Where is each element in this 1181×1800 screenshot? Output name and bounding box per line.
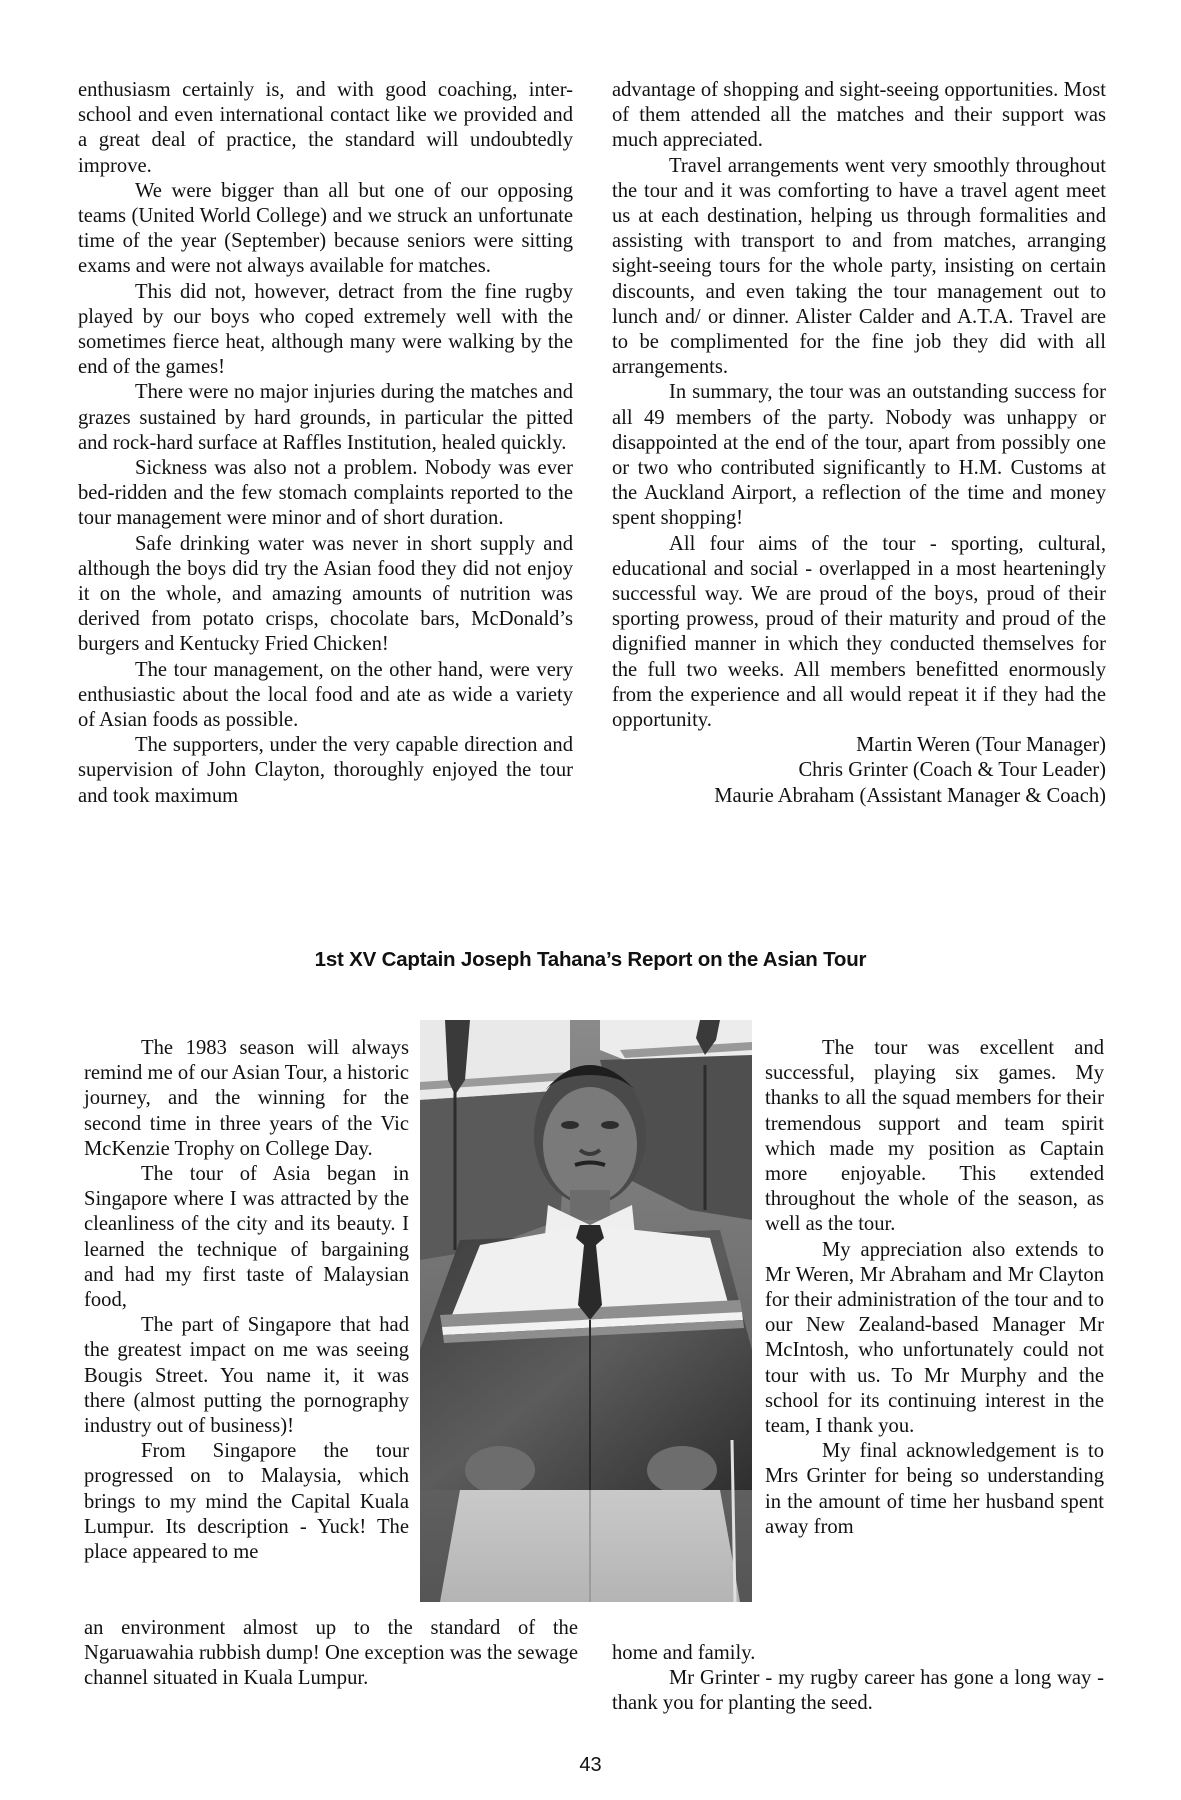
signature-coach: Chris Grinter (Coach & Tour Leader) (612, 758, 1106, 783)
paragraph: In summary, the tour was an outstanding … (612, 380, 1106, 531)
tour-report-right-column: advantage of shopping and sight-seeing o… (612, 78, 1106, 809)
signature-tour-manager: Martin Weren (Tour Manager) (612, 733, 1106, 758)
paragraph: The tour management, on the other hand, … (78, 658, 573, 734)
paragraph: This did not, however, detract from the … (78, 280, 573, 381)
paragraph: My final acknowledgement is to Mrs Grint… (765, 1439, 1104, 1540)
paragraph: Travel arrangements went very smoothly t… (612, 154, 1106, 381)
paragraph: My appreciation also extends to Mr Weren… (765, 1238, 1104, 1440)
paragraph: home and family. (612, 1641, 1104, 1666)
paragraph: Safe drinking water was never in short s… (78, 532, 573, 658)
paragraph: an environment almost up to the standard… (84, 1616, 578, 1692)
paragraph: From Singapore the tour progressed on to… (84, 1439, 409, 1565)
captain-report-left-continuation: an environment almost up to the standard… (84, 1616, 578, 1692)
captain-report-right-column: The tour was excellent and successful, p… (765, 1036, 1104, 1540)
paragraph: We were bigger than all but one of our o… (78, 179, 573, 280)
paragraph: There were no major injuries during the … (78, 380, 573, 456)
signature-block: Martin Weren (Tour Manager) Chris Grinte… (612, 733, 1106, 809)
captain-report-left-column: The 1983 season will always remind me of… (84, 1036, 409, 1565)
paragraph: enthusiasm certainly is, and with good c… (78, 78, 573, 179)
paragraph: The tour was excellent and successful, p… (765, 1036, 1104, 1238)
portrait-illustration (420, 1020, 752, 1602)
page-number: 43 (0, 1754, 1181, 1777)
paragraph: advantage of shopping and sight-seeing o… (612, 78, 1106, 154)
captain-report-right-continuation: home and family. Mr Grinter - my rugby c… (612, 1641, 1104, 1717)
paragraph: All four aims of the tour - sporting, cu… (612, 532, 1106, 734)
tour-report-left-column: enthusiasm certainly is, and with good c… (78, 78, 573, 809)
paragraph: The tour of Asia began in Singapore wher… (84, 1162, 409, 1313)
paragraph: The supporters, under the very capable d… (78, 733, 573, 809)
section-heading: 1st XV Captain Joseph Tahana’s Report on… (0, 948, 1181, 972)
paragraph: The part of Singapore that had the great… (84, 1313, 409, 1439)
paragraph: Mr Grinter - my rugby career has gone a … (612, 1666, 1104, 1716)
signature-assistant-manager: Maurie Abraham (Assistant Manager & Coac… (612, 784, 1106, 809)
paragraph: Sickness was also not a problem. Nobody … (78, 456, 573, 532)
paragraph: The 1983 season will always remind me of… (84, 1036, 409, 1162)
captain-portrait-photo (420, 1020, 752, 1602)
